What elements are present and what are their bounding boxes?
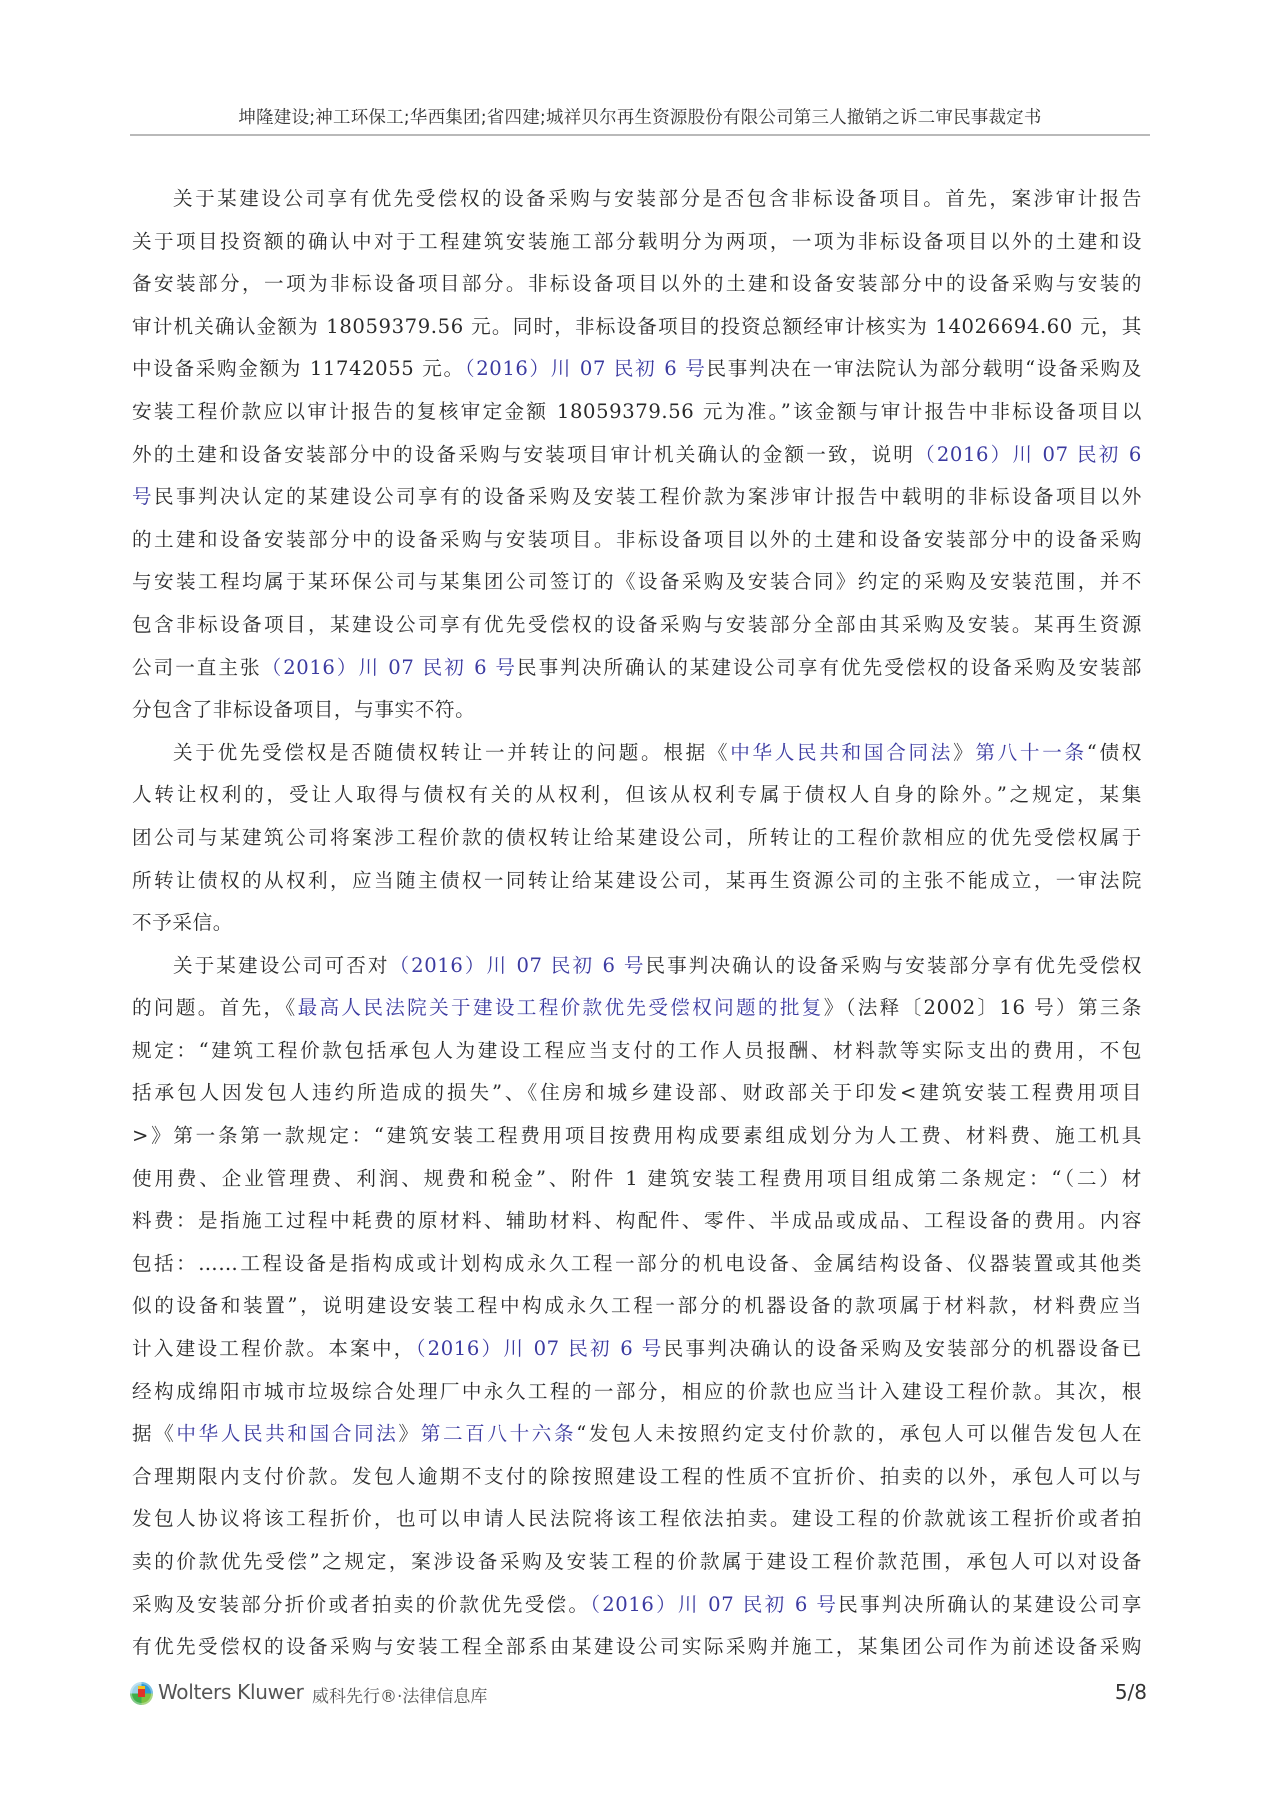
text-run: 规定：“建筑工程价款包括承包人为建设工程应当支付的工作人员报酬、材料款等实际支出… [132, 1039, 1142, 1062]
text-line: 的土建和设备安装部分中的设备采购与安装项目。非标设备项目以外的土建和设备安装部分… [132, 519, 1142, 562]
text-line: 括承包人因发包人违约所造成的损失”、《住房和城乡建设部、财政部关于印发<建筑安装… [132, 1072, 1142, 1115]
citation-link[interactable]: 第二百八十六条 [421, 1422, 576, 1445]
page-footer: Wolters Kluwer 威科先行®·法律信息库 5/8 [130, 1680, 1150, 1710]
text-line: 公司一直主张（2016）川 07 民初 6 号民事判决所确认的某建设公司享有优先… [132, 647, 1142, 690]
text-run: 关于某建设公司享有优先受偿权的设备采购与安装部分是否包含非标设备项目。首先，案涉… [173, 187, 1142, 210]
text-line: 料费：是指施工过程中耗费的原材料、辅助材料、构配件、零件、半成品或成品、工程设备… [132, 1200, 1142, 1243]
text-run: >》第一条第一款规定：“建筑安装工程费用项目按费用构成要素组成划分为人工费、材料… [132, 1124, 1142, 1147]
text-run: 似的设备和装置”，说明建设安装工程中构成永久工程一部分的机器设备的款项属于材料款… [132, 1294, 1142, 1317]
text-run: 发包人协议将该工程折价，也可以申请人民法院将该工程依法拍卖。建设工程的价款就该工… [132, 1507, 1142, 1530]
text-run: “发包人未按照约定支付价款的，承包人可以催告发包人在 [576, 1422, 1142, 1445]
text-run: 民事判决认定的某建设公司享有的设备采购及安装工程价款为案涉审计报告中载明的非标设… [154, 485, 1142, 508]
text-run: 安装工程价款应以审计报告的复核审定金额 18059379.56 元为准。”该金额… [132, 400, 1142, 423]
text-line: 经构成绵阳市城市垃圾综合处理厂中永久工程的一部分，相应的价款也应当计入建设工程价… [132, 1371, 1142, 1414]
text-line: 人转让权利的，受让人取得与债权有关的从权利，但该从权利专属于债权人自身的除外。”… [132, 774, 1142, 817]
text-run: 料费：是指施工过程中耗费的原材料、辅助材料、构配件、零件、半成品或成品、工程设备… [132, 1209, 1142, 1232]
text-run: 采购及安装部分折价或者拍卖的价款优先受偿。 [132, 1593, 590, 1616]
paragraph: 关于优先受偿权是否随债权转让一并转让的问题。根据《中华人民共和国合同法》第八十一… [132, 732, 1142, 945]
text-run: 包括：……工程设备是指构成或计划构成永久工程一部分的机电设备、金属结构设备、仪器… [132, 1252, 1142, 1275]
text-run: 有优先受偿权的设备采购与安装工程全部系由某建设公司实际采购并施工，某集团公司作为… [132, 1635, 1142, 1658]
text-line: 号民事判决认定的某建设公司享有的设备采购及安装工程价款为案涉审计报告中载明的非标… [132, 476, 1142, 519]
brand-subtitle: 威科先行®·法律信息库 [312, 1682, 487, 1707]
text-run: 关于优先受偿权是否随债权转让一并转让的问题。根据《 [173, 741, 730, 764]
text-run: 审计机关确认金额为 18059379.56 元。同时，非标设备项目的投资总额经审… [132, 315, 1142, 338]
citation-link[interactable]: （2016）川 07 民初 6 号 [390, 954, 646, 977]
text-run: 外的土建和设备安装部分中的设备采购与安装项目审计机关确认的金额一致，说明 [132, 443, 915, 466]
paragraph: 关于某建设公司可否对（2016）川 07 民初 6 号民事判决确认的设备采购与安… [132, 945, 1142, 1669]
document-header: 坤隆建设;神工环保工;华西集团;省四建;城祥贝尔再生资源股份有限公司第三人撤销之… [130, 100, 1150, 136]
text-run: 团公司与某建筑公司将案涉工程价款的债权转让给某建设公司，所转让的工程价款相应的优… [132, 826, 1142, 849]
text-line: 包括：……工程设备是指构成或计划构成永久工程一部分的机电设备、金属结构设备、仪器… [132, 1243, 1142, 1286]
citation-link[interactable]: （2016）川 07 民初 6 号 [465, 357, 707, 380]
text-line: 的问题。首先，《最高人民法院关于建设工程价款优先受偿权问题的批复》（法释〔200… [132, 987, 1142, 1030]
text-run: 的土建和设备安装部分中的设备采购与安装项目。非标设备项目以外的土建和设备安装部分… [132, 528, 1142, 551]
text-run: 分包含了非标设备项目，与事实不符。 [132, 698, 475, 721]
text-line: 中设备采购金额为 11742055 元。（2016）川 07 民初 6 号民事判… [132, 348, 1142, 391]
text-run: 合理期限内支付价款。发包人逾期不支付的除按照建设工程的性质不宜折价、拍卖的以外，… [132, 1465, 1142, 1488]
citation-link[interactable]: 最高人民法院关于建设工程价款优先受偿权问题的批复 [298, 996, 824, 1019]
text-run: 民事判决确认的设备采购与安装部分享有优先受偿权 [645, 954, 1142, 977]
text-run: 民事判决确认的设备采购及安装部分的机器设备已 [664, 1337, 1142, 1360]
text-line: 备安装部分，一项为非标设备项目部分。非标设备项目以外的土建和设备安装部分中的设备… [132, 263, 1142, 306]
text-line: 包含非标设备项目，某建设公司享有优先受偿权的设备采购与安装部分全部由其采购及安装… [132, 604, 1142, 647]
text-line: 关于某建设公司享有优先受偿权的设备采购与安装部分是否包含非标设备项目。首先，案涉… [132, 178, 1142, 221]
text-line: 与安装工程均属于某环保公司与某集团公司签订的《设备采购及安装合同》约定的采购及安… [132, 561, 1142, 604]
citation-link[interactable]: 中华人民共和国合同法 [176, 1422, 398, 1445]
text-run: 》 [399, 1422, 421, 1445]
paragraph: 关于某建设公司享有优先受偿权的设备采购与安装部分是否包含非标设备项目。首先，案涉… [132, 178, 1142, 732]
citation-link[interactable]: 第八十一条 [975, 741, 1086, 764]
text-line: 分包含了非标设备项目，与事实不符。 [132, 689, 1142, 732]
text-run: 使用费、企业管理费、利润、规费和税金”、附件 1 建筑安装工程费用项目组成第二条… [132, 1167, 1142, 1190]
text-run: 括承包人因发包人违约所造成的损失”、《住房和城乡建设部、财政部关于印发<建筑安装… [132, 1081, 1142, 1104]
wolters-kluwer-logo-icon [130, 1682, 153, 1705]
citation-link[interactable]: （2016）川 07 民初 6 [915, 443, 1142, 466]
text-line: >》第一条第一款规定：“建筑安装工程费用项目按费用构成要素组成划分为人工费、材料… [132, 1115, 1142, 1158]
text-run: 所转让债权的从权利，应当随主债权一同转让给某建设公司，某再生资源公司的主张不能成… [132, 869, 1142, 892]
text-run: 包含非标设备项目，某建设公司享有优先受偿权的设备采购与安装部分全部由其采购及安装… [132, 613, 1142, 636]
citation-link[interactable]: （2016）川 07 民初 6 号 [262, 656, 517, 679]
citation-link[interactable]: （2016）川 07 民初 6 号 [416, 1337, 664, 1360]
text-line: 采购及安装部分折价或者拍卖的价款优先受偿。（2016）川 07 民初 6 号民事… [132, 1584, 1142, 1627]
citation-link[interactable]: 号 [132, 485, 154, 508]
text-run: 中设备采购金额为 11742055 元。 [132, 357, 465, 380]
text-run: “债权 [1087, 741, 1142, 764]
text-line: 审计机关确认金额为 18059379.56 元。同时，非标设备项目的投资总额经审… [132, 306, 1142, 349]
text-run: 民事判决所确认的某建设公司享 [838, 1593, 1142, 1616]
document-body: 关于某建设公司享有优先受偿权的设备采购与安装部分是否包含非标设备项目。首先，案涉… [132, 178, 1142, 1669]
text-run: 据《 [132, 1422, 176, 1445]
text-line: 发包人协议将该工程折价，也可以申请人民法院将该工程依法拍卖。建设工程的价款就该工… [132, 1498, 1142, 1541]
text-line: 据《中华人民共和国合同法》第二百八十六条“发包人未按照约定支付价款的，承包人可以… [132, 1413, 1142, 1456]
text-line: 规定：“建筑工程价款包括承包人为建设工程应当支付的工作人员报酬、材料款等实际支出… [132, 1030, 1142, 1073]
text-run: 卖的价款优先受偿”之规定，案涉设备采购及安装工程的价款属于建设工程价款范围，承包… [132, 1550, 1142, 1573]
text-run: 备安装部分，一项为非标设备项目部分。非标设备项目以外的土建和设备安装部分中的设备… [132, 272, 1142, 295]
text-run: 人转让权利的，受让人取得与债权有关的从权利，但该从权利专属于债权人自身的除外。”… [132, 783, 1142, 806]
text-line: 关于项目投资额的确认中对于工程建筑安装施工部分载明分为两项，一项为非标设备项目以… [132, 221, 1142, 264]
citation-link[interactable]: 中华人民共和国合同法 [730, 741, 953, 764]
text-line: 使用费、企业管理费、利润、规费和税金”、附件 1 建筑安装工程费用项目组成第二条… [132, 1158, 1142, 1201]
document-title: 坤隆建设;神工环保工;华西集团;省四建;城祥贝尔再生资源股份有限公司第三人撤销之… [130, 104, 1150, 129]
text-line: 团公司与某建筑公司将案涉工程价款的债权转让给某建设公司，所转让的工程价款相应的优… [132, 817, 1142, 860]
text-line: 有优先受偿权的设备采购与安装工程全部系由某建设公司实际采购并施工，某集团公司作为… [132, 1626, 1142, 1669]
text-run: 经构成绵阳市城市垃圾综合处理厂中永久工程的一部分，相应的价款也应当计入建设工程价… [132, 1380, 1142, 1403]
text-line: 不予采信。 [132, 902, 1142, 945]
text-run: 》 [953, 741, 975, 764]
text-run: 的问题。首先，《 [132, 996, 298, 1019]
text-line: 安装工程价款应以审计报告的复核审定金额 18059379.56 元为准。”该金额… [132, 391, 1142, 434]
text-run: 公司一直主张 [132, 656, 262, 679]
page-number: 5/8 [1115, 1680, 1147, 1704]
text-run: 与安装工程均属于某环保公司与某集团公司签订的《设备采购及安装合同》约定的采购及安… [132, 570, 1142, 593]
brand-name: Wolters Kluwer [158, 1680, 304, 1704]
text-line: 所转让债权的从权利，应当随主债权一同转让给某建设公司，某再生资源公司的主张不能成… [132, 860, 1142, 903]
text-line: 计入建设工程价款。本案中，（2016）川 07 民初 6 号民事判决确认的设备采… [132, 1328, 1142, 1371]
text-run: 关于项目投资额的确认中对于工程建筑安装施工部分载明分为两项，一项为非标设备项目以… [132, 230, 1142, 253]
text-run: 民事判决所确认的某建设公司享有优先受偿权的设备采购及安装部 [517, 656, 1142, 679]
text-run: 民事判决在一审法院认为部分载明“设备采购及 [706, 357, 1142, 380]
citation-link[interactable]: （2016）川 07 民初 6 号 [590, 1593, 838, 1616]
text-line: 合理期限内支付价款。发包人逾期不支付的除按照建设工程的性质不宜折价、拍卖的以外，… [132, 1456, 1142, 1499]
text-line: 外的土建和设备安装部分中的设备采购与安装项目审计机关确认的金额一致，说明（201… [132, 434, 1142, 477]
text-run: 》（法释〔2002〕16 号）第三条 [824, 996, 1142, 1019]
text-line: 卖的价款优先受偿”之规定，案涉设备采购及安装工程的价款属于建设工程价款范围，承包… [132, 1541, 1142, 1584]
text-line: 似的设备和装置”，说明建设安装工程中构成永久工程一部分的机器设备的款项属于材料款… [132, 1285, 1142, 1328]
text-run: 计入建设工程价款。本案中， [132, 1337, 416, 1360]
text-run: 不予采信。 [132, 911, 233, 934]
text-line: 关于某建设公司可否对（2016）川 07 民初 6 号民事判决确认的设备采购与安… [132, 945, 1142, 988]
text-run: 关于某建设公司可否对 [173, 954, 390, 977]
text-line: 关于优先受偿权是否随债权转让一并转让的问题。根据《中华人民共和国合同法》第八十一… [132, 732, 1142, 775]
